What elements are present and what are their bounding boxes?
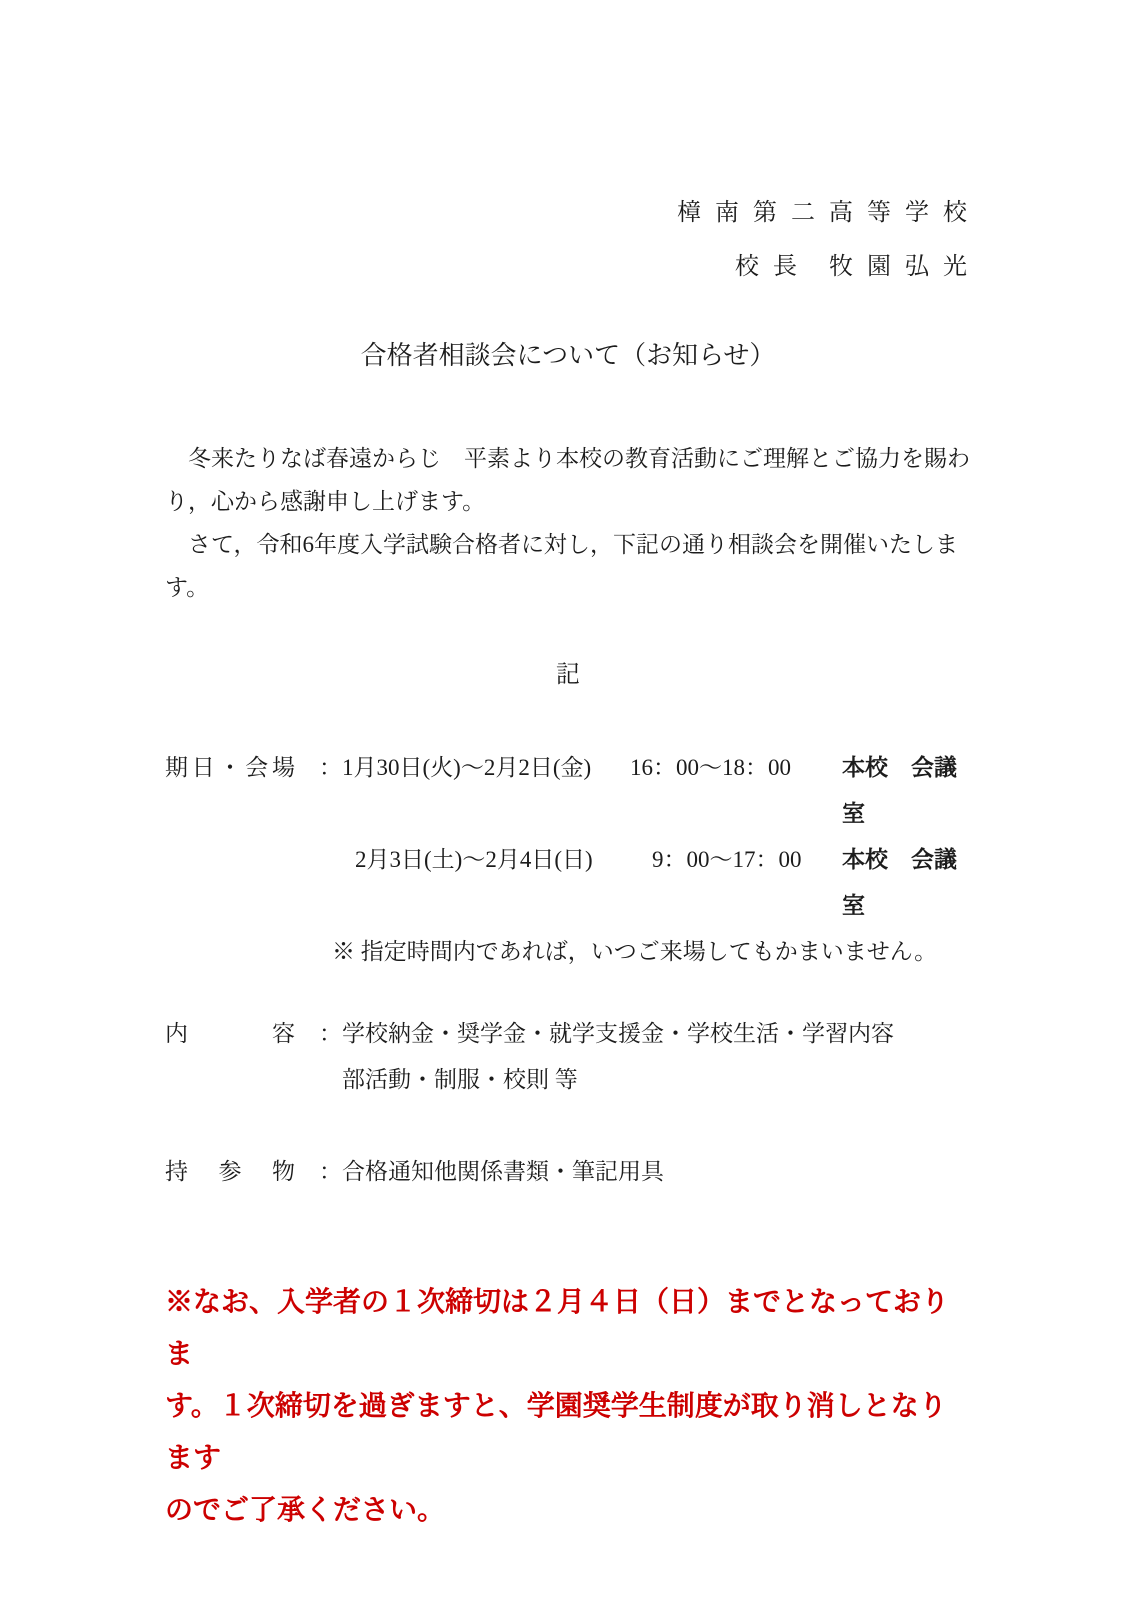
schedule-dates: 1月30日(火)～2月2日(金) (342, 745, 630, 837)
school-name: 樟 南 第 二 高 等 学 校 (165, 196, 971, 230)
schedule-time: 16：00～18：00 (630, 745, 842, 837)
schedule-venue: 本校 会議室 (842, 745, 971, 837)
letterhead: 樟 南 第 二 高 等 学 校 校 長 牧 園 弘 光 (165, 196, 971, 284)
belongings-label: 持参物 (165, 1149, 295, 1195)
contents-row: 内容 ： 学校納金・奨学金・就学支援金・学校生活・学習内容 部活動・制服・校則 … (165, 1011, 971, 1103)
body-line: さて，令和6年度入学試験合格者に対し，下記の通り相談会を開催いたしま (165, 523, 971, 566)
deadline-notice: ※なお、入学者の１次締切は２月４日（日）までとなっておりま す。１次締切を過ぎま… (165, 1277, 971, 1537)
body-line: 冬来たりなば春遠からじ 平素より本校の教育活動にご理解とご協力を賜わ (165, 437, 971, 480)
body-line: り，心から感謝申し上げます。 (165, 480, 971, 523)
record-marker: 記 (165, 654, 971, 697)
contents-line: 学校納金・奨学金・就学支援金・学校生活・学習内容 (342, 1011, 971, 1057)
notice-line: ※なお、入学者の１次締切は２月４日（日）までとなっておりま (165, 1277, 971, 1381)
schedule-content: 1月30日(火)～2月2日(金) 16：00～18：00 本校 会議室 2月3日… (342, 745, 971, 975)
schedule-venue: 本校 会議室 (842, 837, 971, 929)
schedule-colon: ： (295, 745, 342, 791)
document-page: 樟 南 第 二 高 等 学 校 校 長 牧 園 弘 光 合格者相談会について（お… (0, 0, 1131, 1600)
schedule-dates: 2月3日(土)～2月4日(日) (342, 837, 630, 929)
belongings-row: 持参物 ： 合格通知他関係書類・筆記用具 (165, 1149, 971, 1195)
notice-line: す。１次締切を過ぎますと、学園奨学生制度が取り消しとなります (165, 1381, 971, 1485)
schedule-note: ※ 指定時間内であれば，いつご来場してもかまいません。 (332, 929, 971, 975)
schedule-date-line: 1月30日(火)～2月2日(金) 16：00～18：00 本校 会議室 (342, 745, 971, 837)
principal-name: 校 長 牧 園 弘 光 (165, 250, 971, 284)
contents-label: 内容 (165, 1011, 295, 1057)
body-line: す。 (165, 566, 971, 609)
schedule-label: 期日・会場 (165, 745, 295, 791)
schedule-time: 9：00～17：00 (630, 837, 842, 929)
belongings-colon: ： (295, 1149, 342, 1195)
belongings-value: 合格通知他関係書類・筆記用具 (342, 1149, 971, 1195)
contents-line: 部活動・制服・校則 等 (342, 1057, 971, 1103)
contents-content: 学校納金・奨学金・就学支援金・学校生活・学習内容 部活動・制服・校則 等 (342, 1011, 971, 1103)
page-title: 合格者相談会について（お知らせ） (165, 339, 971, 373)
body-paragraphs: 冬来たりなば春遠からじ 平素より本校の教育活動にご理解とご協力を賜わ り，心から… (165, 437, 971, 609)
contents-colon: ： (295, 1011, 342, 1057)
schedule-date-line: 2月3日(土)～2月4日(日) 9：00～17：00 本校 会議室 (342, 837, 971, 929)
schedule-row: 期日・会場 ： 1月30日(火)～2月2日(金) 16：00～18：00 本校 … (165, 745, 971, 975)
notice-line: のでご了承ください。 (165, 1485, 971, 1537)
